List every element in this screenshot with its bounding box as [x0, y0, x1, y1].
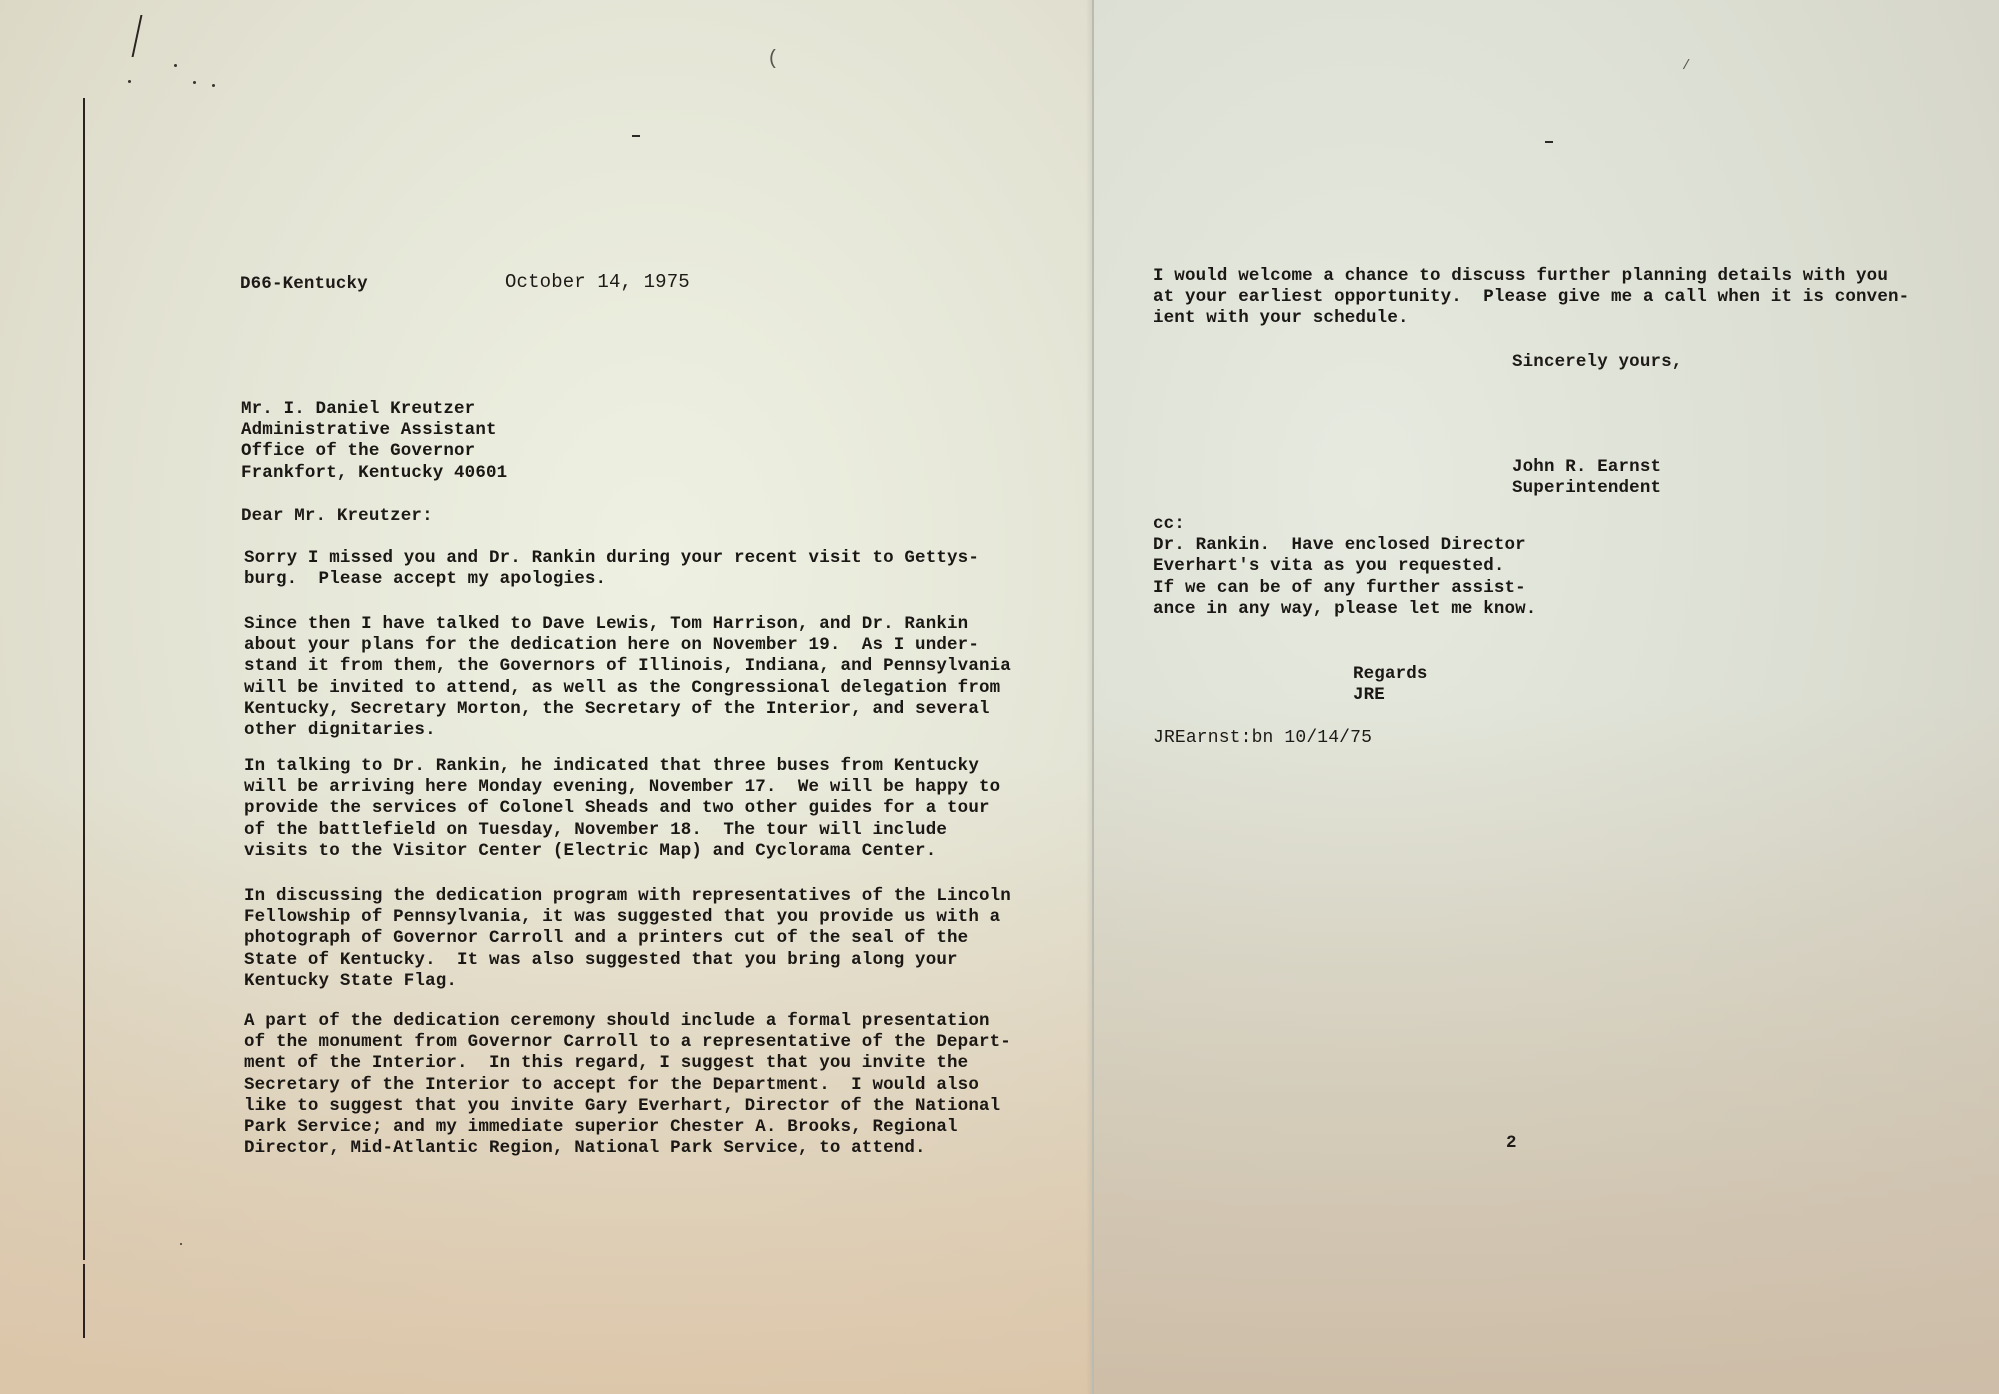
cc-line: If we can be of any further assist-: [1153, 578, 1536, 599]
text-line: about your plans for the dedication here…: [244, 635, 1011, 656]
margin-rule-gap: [83, 1260, 85, 1264]
text-line: Kentucky, Secretary Morton, the Secretar…: [244, 699, 1011, 720]
text-line: Kentucky State Flag.: [244, 971, 1011, 992]
speck: [180, 1243, 182, 1245]
text-line: at your earliest opportunity. Please giv…: [1153, 287, 1909, 308]
recipient-line: Mr. I. Daniel Kreutzer: [241, 399, 507, 420]
closing-paragraph: I would welcome a chance to discuss furt…: [1153, 266, 1909, 330]
paragraph-3: In talking to Dr. Rankin, he indicated t…: [244, 756, 1000, 862]
recipient-address: Mr. I. Daniel Kreutzer Administrative As…: [241, 399, 507, 484]
pencil-mark: /: [1682, 58, 1690, 74]
pencil-mark: (: [767, 48, 779, 71]
recipient-line: Office of the Governor: [241, 441, 507, 462]
cc-note: cc: Dr. Rankin. Have enclosed Director E…: [1153, 514, 1536, 620]
paragraph-5: A part of the dedication ceremony should…: [244, 1011, 1011, 1159]
signer-name: John R. Earnst: [1512, 457, 1661, 478]
text-line: Since then I have talked to Dave Lewis, …: [244, 614, 1011, 635]
text-line: State of Kentucky. It was also suggested…: [244, 950, 1011, 971]
text-line: other dignitaries.: [244, 720, 1011, 741]
initials: JRE: [1353, 685, 1428, 706]
letter-page-2: [1092, 0, 1999, 1394]
text-line: like to suggest that you invite Gary Eve…: [244, 1096, 1011, 1117]
cc-line: Everhart's vita as you requested.: [1153, 556, 1536, 577]
text-line: visits to the Visitor Center (Electric M…: [244, 841, 1000, 862]
speck: [212, 84, 215, 87]
salutation: Dear Mr. Kreutzer:: [241, 506, 433, 527]
dash-mark: [632, 135, 640, 137]
text-line: A part of the dedication ceremony should…: [244, 1011, 1011, 1032]
speck: [174, 64, 177, 67]
text-line: will be invited to attend, as well as th…: [244, 678, 1011, 699]
text-line: ient with your schedule.: [1153, 308, 1909, 329]
speck: [128, 80, 131, 83]
recipient-line: Frankfort, Kentucky 40601: [241, 463, 507, 484]
margin-rule-line: [83, 98, 85, 1338]
cc-label: cc:: [1153, 514, 1536, 535]
text-line: Fellowship of Pennsylvania, it was sugge…: [244, 907, 1011, 928]
signer-title: Superintendent: [1512, 478, 1661, 499]
letter-date: October 14, 1975: [505, 272, 690, 293]
paragraph-2: Since then I have talked to Dave Lewis, …: [244, 614, 1011, 741]
text-line: ment of the Interior. In this regard, I …: [244, 1053, 1011, 1074]
text-line: In discussing the dedication program wit…: [244, 886, 1011, 907]
cc-line: ance in any way, please let me know.: [1153, 599, 1536, 620]
text-line: provide the services of Colonel Sheads a…: [244, 798, 1000, 819]
page-seam: [1086, 0, 1094, 1394]
text-line: Sorry I missed you and Dr. Rankin during…: [244, 548, 979, 569]
text-line: Park Service; and my immediate superior …: [244, 1117, 1011, 1138]
text-line: of the battlefield on Tuesday, November …: [244, 820, 1000, 841]
complimentary-close: Sincerely yours,: [1512, 352, 1682, 373]
file-code: D66-Kentucky: [240, 274, 368, 295]
regards: Regards: [1353, 664, 1428, 685]
dash-mark: [1545, 141, 1553, 143]
paragraph-1: Sorry I missed you and Dr. Rankin during…: [244, 548, 979, 590]
text-line: photograph of Governor Carroll and a pri…: [244, 928, 1011, 949]
cc-line: Dr. Rankin. Have enclosed Director: [1153, 535, 1536, 556]
recipient-line: Administrative Assistant: [241, 420, 507, 441]
text-line: I would welcome a chance to discuss furt…: [1153, 266, 1909, 287]
paragraph-4: In discussing the dedication program wit…: [244, 886, 1011, 992]
text-line: will be arriving here Monday evening, No…: [244, 777, 1000, 798]
regards-block: Regards JRE: [1353, 664, 1428, 706]
signature-block: John R. Earnst Superintendent: [1512, 457, 1661, 499]
text-line: Director, Mid-Atlantic Region, National …: [244, 1138, 1011, 1159]
page-number: 2: [1506, 1133, 1517, 1154]
reference-initials-line: JREarnst:bn 10/14/75: [1153, 728, 1372, 749]
text-line: stand it from them, the Governors of Ill…: [244, 656, 1011, 677]
text-line: Secretary of the Interior to accept for …: [244, 1075, 1011, 1096]
text-line: burg. Please accept my apologies.: [244, 569, 979, 590]
speck: [193, 81, 196, 84]
text-line: of the monument from Governor Carroll to…: [244, 1032, 1011, 1053]
text-line: In talking to Dr. Rankin, he indicated t…: [244, 756, 1000, 777]
